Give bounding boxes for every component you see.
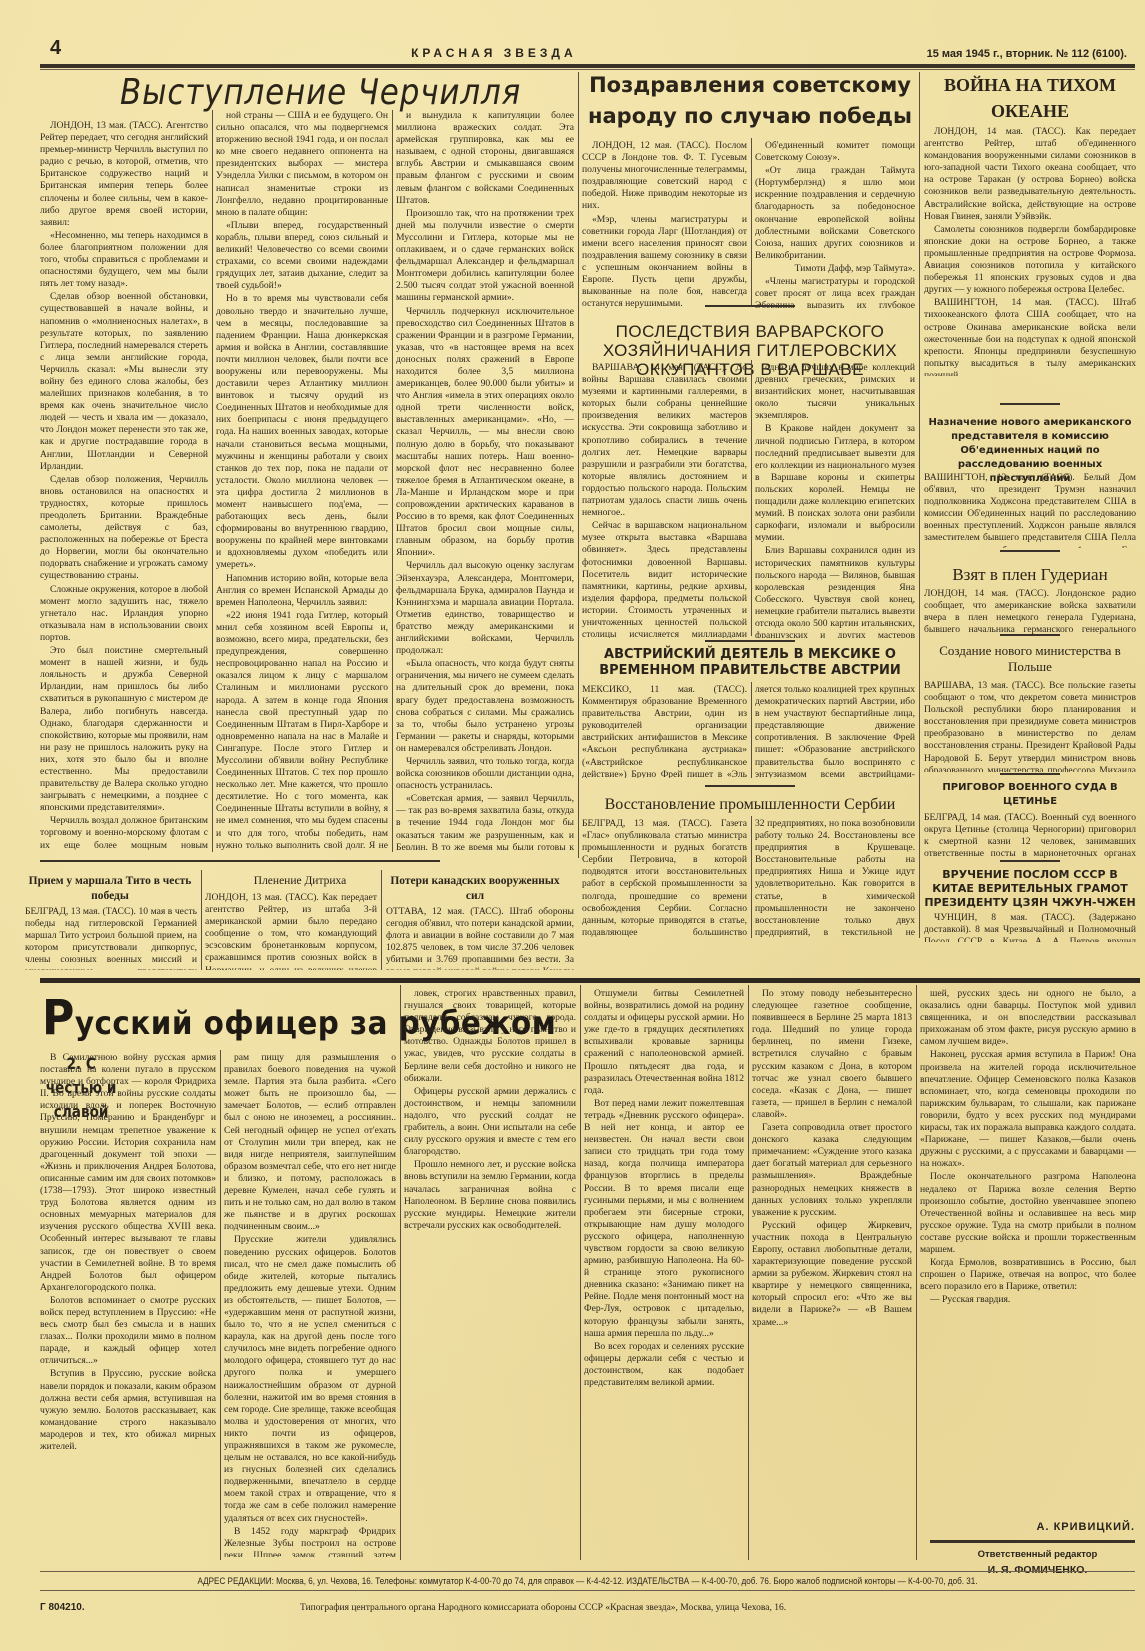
paragraph: «22 июня 1941 года Гитлер, который мнил … — [216, 610, 388, 850]
pacific-text: ЛОНДОН, 14 мая. (ТАСС). Как передает аге… — [924, 126, 1136, 376]
section-rule — [705, 305, 795, 307]
footer-printer: Типография центрального органа Народного… — [300, 1603, 786, 1613]
column-divider — [751, 138, 752, 306]
column-divider — [212, 110, 213, 852]
paragraph: Во всех городах и селениях русские офице… — [584, 1341, 744, 1389]
paragraph: шей, русских здесь ни одного не было, а … — [920, 988, 1136, 1048]
paragraph: Вступив в Пруссию, русские войска навели… — [40, 1368, 216, 1453]
headline-austria: АВСТРИЙСКИЙ ДЕЯТЕЛЬ В МЕКСИКЕ О ВРЕМЕННО… — [585, 647, 915, 679]
column-divider — [381, 870, 382, 970]
paragraph: Это был поистине смертельный момент в на… — [40, 645, 208, 814]
warsaw-col-1: ВАРШАВА, 14 мая. (ТАСС). До войны Варшав… — [582, 362, 747, 638]
headline-envoy: ВРУЧЕНИЕ ПОСЛОМ СССР В КИТАЕ ВЕРИТЕЛЬНЫХ… — [920, 868, 1140, 910]
paragraph: рам пищу для размышления о правилах боев… — [224, 1052, 396, 1233]
paragraph: Черчилль заявил, что только тогда, когда… — [396, 756, 574, 792]
canada-text: ОТТАВА, 12 мая. (ТАСС). Штаб обороны сег… — [386, 906, 574, 970]
paragraph: «Члены магистратуры и городской совет пр… — [755, 276, 915, 308]
dietrich-text: ЛОНДОН, 13 мая. (ТАСС). Как передает аге… — [205, 892, 377, 970]
paragraph: ЛОНДОН, 13 мая. (ТАСС). Агентство Рейтер… — [40, 120, 208, 229]
headline-guderian: Взят в плен Гудериан — [925, 565, 1135, 585]
paragraph: ЧУНЦИН, 8 мая. (ТАСС). (Задержано достав… — [924, 912, 1136, 942]
paragraph: «От лица граждан Таймута (Нортумберлэнд)… — [755, 165, 915, 262]
footer-address: АДРЕС РЕДАКЦИИ: Москва, 6, ул. Чехова, 1… — [95, 1576, 1081, 1586]
paragraph: Отшумели битвы Семилетней войны, возврат… — [584, 988, 744, 1097]
churchill-col-2: ной страны — США и ее будущего. Он сильн… — [216, 110, 388, 850]
column-divider — [220, 1050, 221, 1560]
serbia-col-2: 32 предприятиях, но пока возобновили раб… — [755, 818, 915, 938]
paragraph: Черчилль подчеркнул исключительное прево… — [396, 306, 574, 560]
column-divider — [919, 72, 920, 938]
paragraph: В Семилетнюю войну русская армия постави… — [40, 1052, 216, 1294]
tito-text: БЕЛГРАД, 13 мая. (ТАСС). 10 мая в честь … — [25, 906, 197, 970]
column-divider — [392, 110, 393, 852]
headline-congratulations: Поздравления советскому народу по случаю… — [585, 70, 915, 132]
paragraph: одна из лучших в мире коллекций древних … — [755, 362, 915, 422]
paragraph: Сделав обзор положения, Черчилль вновь о… — [40, 474, 208, 583]
paragraph: Прошло немного лет, и русские войска вно… — [404, 1159, 576, 1232]
headline-tito: Прием у маршала Тито в честь победы — [25, 874, 195, 904]
section-rule — [1000, 403, 1060, 405]
paragraph: Самолеты союзников подвергли бомбардиров… — [924, 224, 1136, 297]
column-divider — [751, 682, 752, 778]
poland-ministry-text: ВАРШАВА, 13 мая. (ТАСС). Все польские га… — [924, 680, 1136, 772]
column-divider — [751, 816, 752, 938]
issue-info: 15 мая 1945 г., вторник. № 112 (6100). — [927, 48, 1127, 60]
paragraph: В Кракове найден документ за личной подп… — [755, 423, 915, 544]
section-rule — [705, 640, 795, 642]
paragraph: ВАШИНГТОН, 14 мая. (ТАСС). Штаб тихоокеа… — [924, 297, 1136, 376]
section-rule-thick — [40, 978, 1140, 983]
headline-serbia: Восстановление промышленности Сербии — [585, 796, 915, 814]
paragraph: «Мэр, члены магистратуры и советники гор… — [582, 214, 747, 308]
austria-col-2: ляется только коалицией трех крупных дем… — [755, 684, 915, 778]
paragraph: «Плыви вперед, государственный корабль, … — [216, 220, 388, 293]
churchill-col-3: и вынудила к капитуляции более миллиона … — [396, 110, 574, 850]
paragraph: ВАРШАВА, 14 мая. (ТАСС). До войны Варшав… — [582, 362, 747, 519]
section-rule — [930, 1540, 1135, 1543]
paragraph: «Была опасность, что когда будут сняты о… — [396, 658, 574, 755]
paragraph: и вынудила к капитуляции более миллиона … — [396, 110, 574, 207]
paragraph: Тимоти Дафф, мэр Таймута». — [755, 263, 915, 275]
author-signature: А. КРИВИЦКИЙ. — [940, 1521, 1135, 1533]
envoy-text: ЧУНЦИН, 8 мая. (ТАСС). (Задержано достав… — [924, 912, 1136, 942]
austria-col-1: МЕКСИКО, 11 мая. (ТАСС). Комментируя обр… — [582, 684, 747, 778]
column-divider — [578, 72, 579, 858]
headline-churchill: Выступление Черчилля — [120, 72, 521, 113]
headline-pacific-war: ВОЙНА НА ТИХОМ ОКЕАНЕ — [925, 72, 1135, 124]
paragraph: Прусские жители удивлялись поведению рус… — [224, 1234, 396, 1524]
section-rule — [1000, 634, 1060, 636]
section-rule — [1000, 773, 1060, 775]
paragraph: Русский офицер Жиркевич, участник похода… — [752, 1220, 912, 1329]
verdict-text: БЕЛГРАД, 14 мая. (ТАСС). Военный суд вое… — [924, 812, 1136, 862]
section-rule — [1000, 550, 1060, 552]
congratulations-col-1: ЛОНДОН, 12 мая. (ТАСС). Послом СССР в Ло… — [582, 140, 747, 308]
column-divider — [751, 360, 752, 636]
paragraph: Болотов вспоминает о смотре русских войс… — [40, 1295, 216, 1368]
headline-dietrich: Пленение Дитриха — [215, 874, 385, 889]
editor-label: Ответственный редактор — [940, 1549, 1135, 1560]
paragraph: Близ Варшавы сохранился один из историче… — [755, 545, 915, 638]
appointment-text: ВАШИНГТОН, 12 мая. (ТАСС). Белый Дом об'… — [924, 472, 1136, 548]
officer-col-6: шей, русских здесь ни одного не было, а … — [920, 988, 1136, 1518]
guderian-text: ЛОНДОН, 14 мая. (ТАСС). Лондонское радио… — [924, 588, 1136, 636]
paragraph: «Советская армия, — заявил Черчилль, — т… — [396, 793, 574, 850]
paragraph: — Русская гвардия. — [920, 1294, 1136, 1306]
officer-col-5: По этому поводу небезынтересно следующее… — [752, 988, 912, 1558]
section-rule — [1000, 860, 1060, 862]
editor-name: И. Я. ФОМИЧЕНКО. — [940, 1564, 1135, 1576]
section-rule — [705, 785, 795, 787]
churchill-col-1: ЛОНДОН, 13 мая. (ТАСС). Агентство Рейтер… — [40, 120, 208, 850]
headline-poland-ministry: Создание нового министерства в Польше — [925, 643, 1135, 675]
warsaw-col-2: одна из лучших в мире коллекций древних … — [755, 362, 915, 638]
paragraph: ловек, строгих нравственных правил, гнуш… — [404, 988, 576, 1085]
paragraph: Сделав обзор военной обстановки, существ… — [40, 291, 208, 472]
paragraph: Офицеры русской армии держались с достои… — [404, 1086, 576, 1159]
paper-name: КРАСНАЯ ЗВЕЗДА — [411, 46, 577, 60]
headline-initial: Р — [42, 990, 75, 1046]
headline-canada: Потери канадских вооруженных сил — [390, 874, 560, 904]
paragraph: Газета сопроводила ответ простого донско… — [752, 1122, 912, 1219]
paragraph: Вот перед нами лежит пожелтевшая тетрадь… — [584, 1098, 744, 1340]
paragraph: ЛОНДОН, 14 мая. (ТАСС). Как передает аге… — [924, 126, 1136, 223]
paragraph: Об'единенный комитет помощи Советскому С… — [755, 140, 915, 164]
paragraph: «Несомненно, мы теперь находимся в более… — [40, 230, 208, 290]
page-number: 4 — [50, 37, 61, 60]
officer-col-1: В Семилетнюю войну русская армия постави… — [40, 1052, 216, 1557]
masthead-rule — [40, 64, 1135, 68]
column-divider — [916, 985, 917, 1560]
column-divider — [400, 985, 401, 1560]
column-divider — [201, 870, 202, 970]
footer-rule — [40, 1571, 1135, 1572]
footer-code: Г 804210. — [40, 1602, 85, 1613]
serbia-col-1: БЕЛГРАД, 13 мая. (ТАСС). Газета «Глас» о… — [582, 818, 747, 938]
paragraph: Произошло так, что на протяжении трех дн… — [396, 208, 574, 305]
paragraph: После окончательного разгрома Наполеона … — [920, 1171, 1136, 1256]
officer-col-2: рам пищу для размышления о правилах боев… — [224, 1052, 396, 1557]
paragraph: Напомнив историю войн, которые вела Англ… — [216, 573, 388, 609]
section-rule — [40, 860, 440, 862]
paragraph: Сложные окружения, которое в любой момен… — [40, 584, 208, 644]
paragraph: По этому поводу небезынтересно следующее… — [752, 988, 912, 1121]
footer-rule-2 — [40, 1590, 1135, 1591]
paragraph: Когда Ермолов, возвратившись в Россию, б… — [920, 1257, 1136, 1293]
paragraph: ЛОНДОН, 12 мая. (ТАСС). Послом СССР в Ло… — [582, 140, 747, 213]
paragraph: В 1452 году маркграф Фридрих Железные Зу… — [224, 1526, 396, 1557]
paragraph: Но в то время мы чувствовали себя доволь… — [216, 293, 388, 571]
column-divider — [580, 985, 581, 1560]
masthead: 4 КРАСНАЯ ЗВЕЗДА 15 мая 1945 г., вторник… — [50, 38, 1127, 60]
congratulations-col-2: Об'единенный комитет помощи Советскому С… — [755, 140, 915, 308]
column-divider — [748, 985, 749, 1560]
paragraph: Сейчас в варшавском национальном музее о… — [582, 520, 747, 638]
paragraph: ной страны — США и ее будущего. Он сильн… — [216, 110, 388, 219]
officer-col-3: ловек, строгих нравственных правил, гнуш… — [404, 988, 576, 1558]
headline-verdict: ПРИГОВОР ВОЕННОГО СУДА В ЦЕТИНЬЕ — [925, 781, 1135, 809]
officer-col-4: Отшумели битвы Семилетней войны, возврат… — [584, 988, 744, 1558]
paragraph: Черчилль воздал должное британским торго… — [40, 815, 208, 850]
paragraph: Наконец, русская армия вступила в Париж!… — [920, 1049, 1136, 1170]
paragraph: Черчилль дал высокую оценку заслугам Эйз… — [396, 560, 574, 657]
